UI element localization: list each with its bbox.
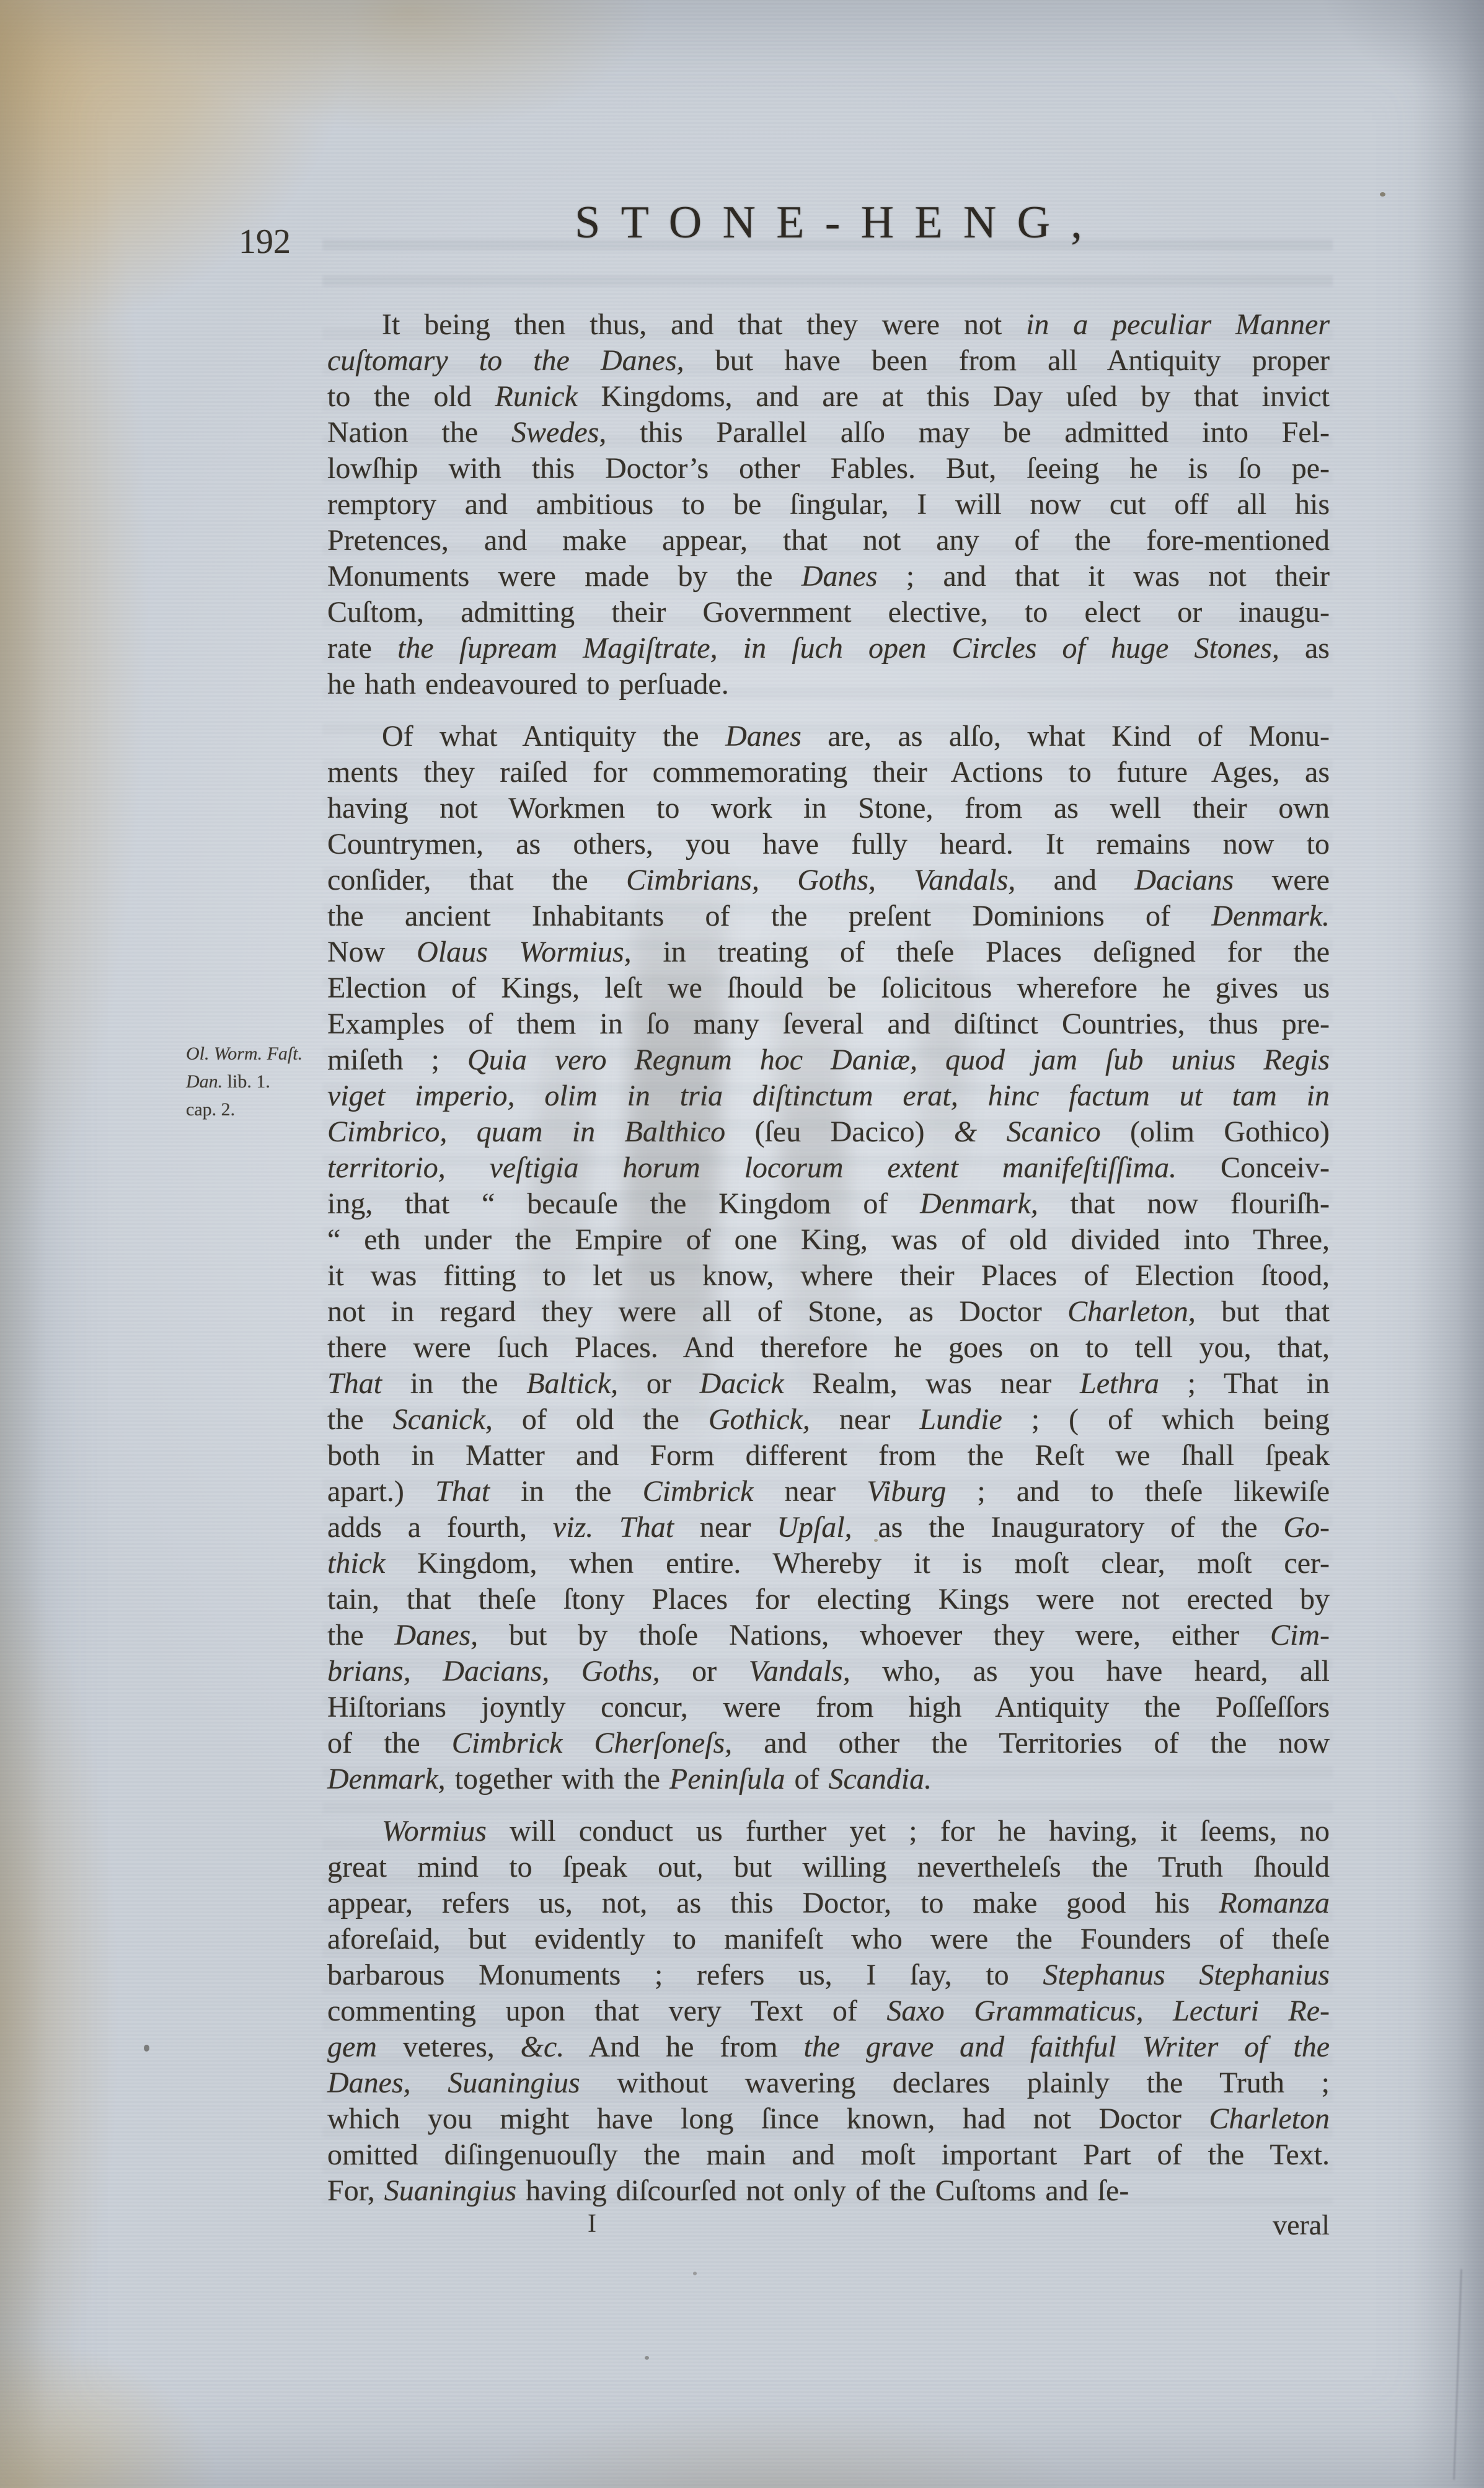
text-line: gem veteres, &c. And he from the grave a… (327, 2029, 1330, 2065)
paper-crease (1453, 2269, 1462, 2480)
text-line: thick Kingdom, when entire. Whereby it i… (327, 1546, 1330, 1582)
text-line: Cimbrico, quam in Balthico (ſeu Dacico) … (327, 1114, 1330, 1150)
text-line: cap. 2. (186, 1096, 329, 1123)
text-line: Of what Antiquity the Danes are, as alſo… (327, 719, 1330, 755)
text-line: “ eth under the Empire of one King, was … (327, 1222, 1330, 1258)
catchword: veral (1178, 2211, 1330, 2239)
text-line: he hath endeavoured to perſuade. (327, 666, 1330, 702)
body-text: It being then thus, and that they were n… (327, 307, 1330, 2209)
text-line: territorio, veſtigia horum locorum exten… (327, 1150, 1330, 1186)
text-line: Hiſtorians joyntly concur, were from hig… (327, 1689, 1330, 1725)
paragraph: Of what Antiquity the Danes are, as alſo… (327, 719, 1330, 1797)
text-line: ing, that “ becauſe the Kingdom of Denma… (327, 1186, 1330, 1222)
paper-speck (144, 2045, 149, 2052)
text-line: remptory and ambitious to be ſingular, I… (327, 487, 1330, 523)
text-line: apart.) That in the Cimbrick near Viburg… (327, 1474, 1330, 1510)
text-line: omitted diſingenuouſly the main and moſt… (327, 2137, 1330, 2173)
text-line: Countrymen, as others, you have fully he… (327, 826, 1330, 862)
text-line: rate the ſupream Magiſtrate, in ſuch ope… (327, 631, 1330, 666)
text-line: having not Workmen to work in Stone, fro… (327, 790, 1330, 826)
text-line: of the Cimbrick Cherſoneſs, and other th… (327, 1725, 1330, 1761)
paper-speck (645, 2356, 649, 2360)
text-line: That in the Baltick, or Dacick Realm, wa… (327, 1366, 1330, 1402)
text-line: miſeth ; Quia vero Regnum hoc Daniæ, quo… (327, 1042, 1330, 1078)
paragraph: It being then thus, and that they were n… (327, 307, 1330, 702)
text-line: conſider, that the Cimbrians, Goths, Van… (327, 862, 1330, 898)
text-line: Now Olaus Wormius, in treating of theſe … (327, 934, 1330, 970)
text-line: both in Matter and Form different from t… (327, 1438, 1330, 1474)
text-line: lowſhip with this Doctor’s other Fables.… (327, 451, 1330, 487)
text-line: commenting upon that very Text of Saxo G… (327, 1993, 1330, 2029)
text-line: Examples of them in ſo many ſeveral and … (327, 1006, 1330, 1042)
text-line: It being then thus, and that they were n… (327, 307, 1330, 343)
paragraph: Wormius will conduct us further yet ; fo… (327, 1813, 1330, 2209)
text-line: the Scanick, of old the Gothick, near Lu… (327, 1402, 1330, 1438)
text-line: ments they raiſed for commemorating thei… (327, 755, 1330, 790)
text-line: brians, Dacians, Goths, or Vandals, who,… (327, 1654, 1330, 1689)
page-number: 192 (239, 224, 291, 259)
text-line: Pretences, and make appear, that not any… (327, 523, 1330, 559)
paper-speck (693, 2272, 697, 2275)
text-line: the Danes, but by thoſe Nations, whoever… (327, 1618, 1330, 1654)
text-line: aforeſaid, but evidently to manifeſt who… (327, 1921, 1330, 1957)
text-line: Monuments were made by the Danes ; and t… (327, 559, 1330, 595)
text-line: which you might have long ſince known, h… (327, 2101, 1330, 2137)
text-line: Nation the Swedes, this Parallel alſo ma… (327, 415, 1330, 451)
text-line: cuſtomary to the Danes, but have been fr… (327, 343, 1330, 379)
text-line: barbarous Monuments ; refers us, I ſay, … (327, 1957, 1330, 1993)
text-line: Danes, Suaningius without wavering decla… (327, 2065, 1330, 2101)
running-title: STONE-HENG, (327, 200, 1330, 246)
text-line: appear, refers us, not, as this Doctor, … (327, 1885, 1330, 1921)
signature-mark: I (588, 2211, 596, 2237)
text-line: there were ſuch Places. And therefore he… (327, 1330, 1330, 1366)
text-line: it was fitting to let us know, where the… (327, 1258, 1330, 1294)
text-line: Wormius will conduct us further yet ; fo… (327, 1813, 1330, 1849)
text-line: tain, that theſe ſtony Places for electi… (327, 1582, 1330, 1618)
text-line: Ol. Worm. Faſt. (186, 1040, 329, 1068)
text-line: the ancient Inhabitants of the preſent D… (327, 898, 1330, 934)
book-page-scan: 192 STONE-HENG, Ol. Worm. Faſt.Dan. lib.… (0, 0, 1484, 2488)
margin-note-citation: Ol. Worm. Faſt.Dan. lib. 1.cap. 2. (186, 1040, 329, 1123)
text-line: not in regard they were all of Stone, as… (327, 1294, 1330, 1330)
text-line: to the old Runick Kingdoms, and are at t… (327, 379, 1330, 415)
text-line: Election of Kings, leſt we ſhould be ſol… (327, 970, 1330, 1006)
text-line: adds a fourth, viz. That near Upſal, as … (327, 1510, 1330, 1546)
text-line: Denmark, together with the Peninſula of … (327, 1761, 1330, 1797)
text-line: Cuſtom, admitting their Government elect… (327, 595, 1330, 631)
text-line: great mind to ſpeak out, but willing nev… (327, 1849, 1330, 1885)
text-line: viget imperio, olim in tria diſtinctum e… (327, 1078, 1330, 1114)
paper-speck (1380, 192, 1385, 197)
text-line: For, Suaningius having diſcourſed not on… (327, 2173, 1330, 2209)
text-line: Dan. lib. 1. (186, 1068, 329, 1096)
